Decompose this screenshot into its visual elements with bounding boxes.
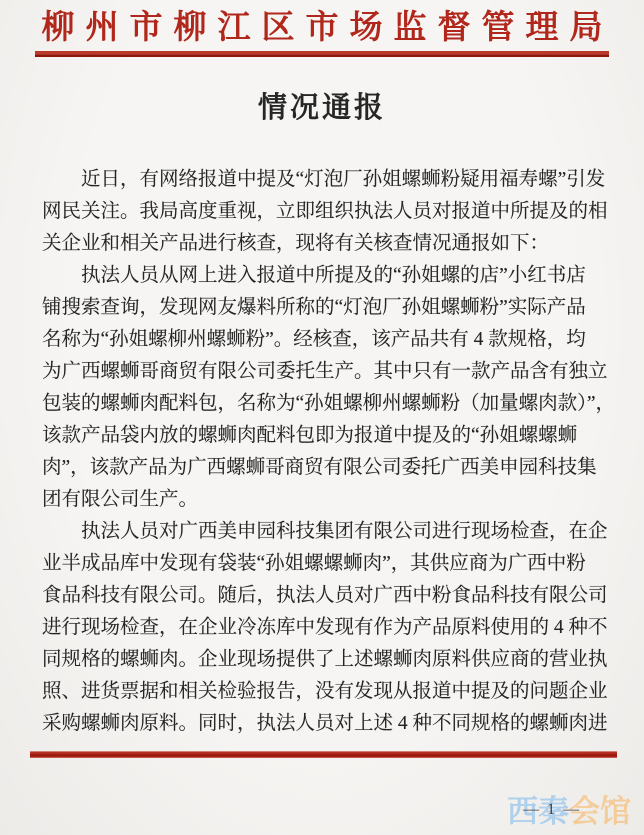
body-line: 为广西螺蛳哥商贸有限公司委托生产。其中只有一款产品含有独立 <box>42 356 602 388</box>
scanned-document-page: 柳州市柳江区市场监督管理局 情况通报 近日，有网络报道中提及“灯泡厂孙姐螺蛳粉疑… <box>0 0 644 835</box>
body-line: 包装的螺蛳肉配料包，名称为“孙姐螺柳州螺蛳粉（加量螺肉款）”， <box>42 388 602 420</box>
body-line: 团有限公司生产。 <box>42 484 602 516</box>
body-line: 执法人员从网上进入报道中所提及的“孙姐螺的店”小红书店 <box>42 260 602 292</box>
body-line: 关企业和相关产品进行核查，现将有关核查情况通报如下： <box>42 228 602 260</box>
body-line: 进行现场检查，在企业冷冻库中发现有作为产品原料使用的 4 种不 <box>42 612 602 644</box>
body-line: 近日，有网络报道中提及“灯泡厂孙姐螺蛳粉疑用福寿螺”引发 <box>42 164 602 196</box>
document-title: 情况通报 <box>0 93 644 123</box>
bottom-red-rule <box>30 751 617 758</box>
body-line: 铺搜索查询，发现网友爆料所称的“灯泡厂孙姐螺蛳粉”实际产品 <box>42 292 602 324</box>
page-number: — 1 — <box>512 799 592 821</box>
body-line: 网民关注。我局高度重视，立即组织执法人员对报道中所提及的相 <box>42 196 602 228</box>
body-line: 食品科技有限公司。随后，执法人员对广西中粉食品科技有限公司 <box>42 580 602 612</box>
body-line: 同规格的螺蛳肉。企业现场提供了上述螺蛳肉原料供应商的营业执 <box>42 644 602 676</box>
body-line: 采购螺蛳肉原料。同时，执法人员对上述 4 种不同规格的螺蛳肉进 <box>42 708 602 740</box>
body-line: 业半成品库中发现有袋装“孙姐螺螺蛳肉”，其供应商为广西中粉 <box>42 548 602 580</box>
body-line: 名称为“孙姐螺柳州螺蛳粉”。经核查，该产品共有 4 款规格，均 <box>42 324 602 356</box>
body-line: 照、进货票据和相关检验报告，没有发现从报道中提及的问题企业 <box>42 676 602 708</box>
body-line: 执法人员对广西美申园科技集团有限公司进行现场检查，在企 <box>42 516 602 548</box>
agency-letterhead-title: 柳州市柳江区市场监督管理局 <box>0 8 644 48</box>
body-line: 该款产品袋内放的螺蛳肉配料包即为报道中提及的“孙姐螺螺蛳 <box>42 420 602 452</box>
letterhead-red-rule <box>35 51 609 57</box>
body-line: 肉”，该款产品为广西螺蛳哥商贸有限公司委托广西美申园科技集 <box>42 452 602 484</box>
document-body: 近日，有网络报道中提及“灯泡厂孙姐螺蛳粉疑用福寿螺”引发 网民关注。我局高度重视… <box>0 164 644 740</box>
